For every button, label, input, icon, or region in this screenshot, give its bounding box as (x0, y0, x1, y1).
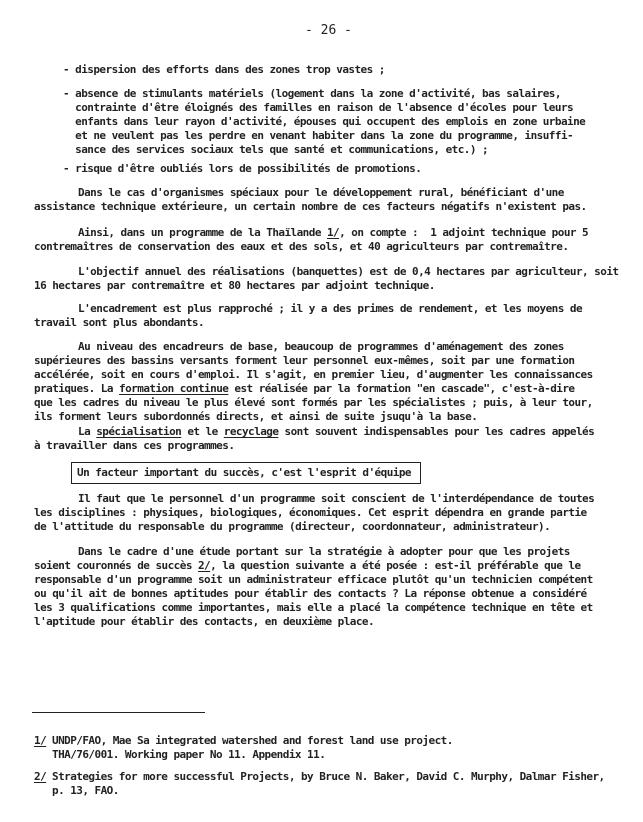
paragraph-line: pratiques. La formation continue est réa… (34, 382, 574, 396)
paragraph-line: L'encadrement est plus rapproché ; il y … (78, 302, 582, 316)
text: est réalisée par la formation "en cascad… (228, 382, 574, 395)
underlined-term: spécialisation (96, 425, 181, 438)
footnote-line: Strategies for more successful Projects,… (52, 770, 605, 784)
paragraph-line: accélérée, soit en cours d'emploi. Il s'… (34, 368, 593, 382)
boxed-heading-text: Un facteur important du succès, c'est l'… (77, 466, 411, 480)
footnote-marker-2: 2/ (34, 770, 46, 783)
paragraph-line: Ainsi, dans un programme de la Thaïlande… (78, 226, 588, 240)
paragraph-line: Il faut que le personnel d'un programme … (78, 492, 594, 506)
paragraph-line: Au niveau des encadreurs de base, beauco… (78, 340, 564, 354)
document-page: - 26 - - dispersion des efforts dans des… (0, 0, 643, 822)
paragraph-line: La spécialisation et le recyclage sont s… (78, 425, 594, 439)
paragraph-line: travail sont plus abondants. (34, 316, 204, 330)
text: et le (181, 425, 224, 438)
footnote-divider (32, 712, 205, 713)
paragraph-line: supérieures des bassins versants forment… (34, 354, 574, 368)
paragraph-line: contremaîtres de conservation des eaux e… (34, 240, 568, 254)
paragraph-line: Dans le cadre d'une étude portant sur la… (78, 545, 570, 559)
footnote-ref-2[interactable]: 2/ (198, 559, 210, 572)
paragraph-line: ou qu'il ait de bonnes aptitudes pour ét… (34, 587, 587, 601)
text: La (78, 425, 96, 438)
paragraph-line: de l'attitude du responsable du programm… (34, 520, 550, 534)
page-number: - 26 - (305, 24, 352, 38)
bullet-line: enfants dans leur rayon d'activité, épou… (63, 115, 585, 129)
text: Ainsi, dans un programme de la Thaïlande (78, 226, 327, 239)
bullet-line: sance des services sociaux tels que sant… (63, 143, 488, 157)
bullet-line: et ne veulent pas les perdre en venant h… (63, 129, 573, 143)
text: soient couronnés de succès (34, 559, 198, 572)
paragraph-line: les 3 qualifications comme importantes, … (34, 601, 593, 615)
text: , la question suivante a été posée : est… (210, 559, 580, 572)
paragraph-line: assistance technique extérieure, un cert… (34, 200, 587, 214)
underlined-term: recyclage (224, 425, 279, 438)
bullet-line: contrainte d'être éloignés des familles … (63, 101, 573, 115)
footnote-ref-1[interactable]: 1/ (327, 226, 339, 239)
paragraph-line: l'aptitude pour établir des contacts, en… (34, 615, 374, 629)
footnote-line: UNDP/FAO, Mae Sa integrated watershed an… (52, 734, 453, 748)
paragraph-line: 16 hectares par contremaître et 80 hecta… (34, 279, 435, 293)
paragraph-line: soient couronnés de succès 2/, la questi… (34, 559, 581, 573)
footnote-line: THA/76/001. Working paper No 11. Appendi… (52, 748, 325, 762)
paragraph-line: L'objectif annuel des réalisations (banq… (78, 265, 618, 279)
underlined-term: formation continue (119, 382, 228, 395)
paragraph-line: que les cadres du niveau le plus élevé s… (34, 396, 593, 410)
bullet-item: - absence de stimulants matériels (logem… (63, 87, 561, 101)
boxed-heading: Un facteur important du succès, c'est l'… (71, 462, 421, 484)
footnote-line: p. 13, FAO. (52, 784, 119, 798)
paragraph-line: Dans le cas d'organismes spéciaux pour l… (78, 186, 564, 200)
text: pratiques. La (34, 382, 119, 395)
footnote-marker: 1/ (34, 734, 46, 748)
paragraph-line: à travailler dans ces programmes. (34, 439, 234, 453)
bullet-item: - dispersion des efforts dans des zones … (63, 63, 385, 77)
bullet-item: - risque d'être oubliés lors de possibil… (63, 162, 421, 176)
paragraph-line: les disciplines : physiques, biologiques… (34, 506, 587, 520)
text: , on compte : 1 adjoint technique pour 5 (339, 226, 588, 239)
paragraph-line: ils forment leurs subordonnés directs, e… (34, 410, 477, 424)
text: sont souvent indispensables pour les cad… (278, 425, 594, 438)
paragraph-line: responsable d'un programme soit un admin… (34, 573, 593, 587)
footnote-marker-1: 1/ (34, 734, 46, 747)
footnote-marker: 2/ (34, 770, 46, 784)
